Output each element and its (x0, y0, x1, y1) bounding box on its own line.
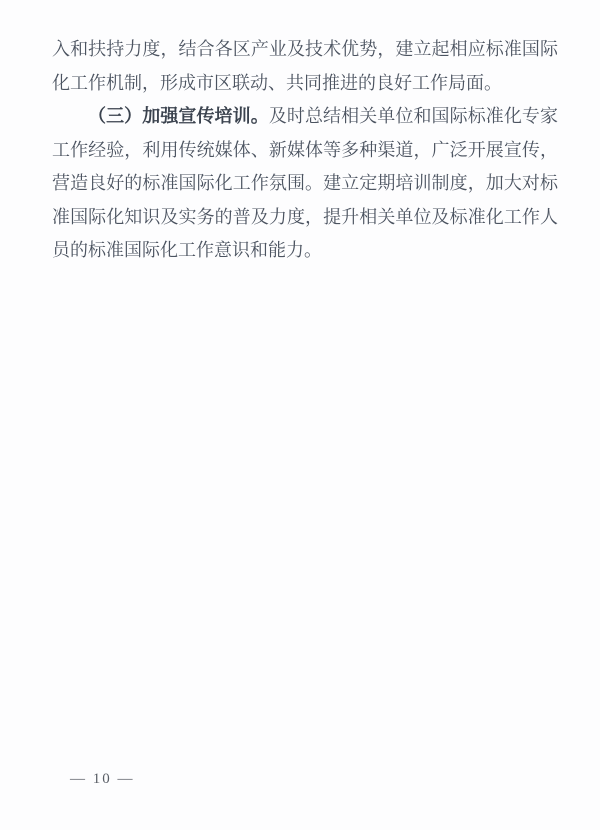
document-page: 入和扶持力度，结合各区产业及技术优势，建立起相应标准国际化工作机制，形成市区联动… (0, 0, 600, 830)
section-body-text: 及时总结相关单位和国际标准化专家工作经验，利用传统媒体、新媒体等多种渠道，广泛开… (52, 106, 558, 260)
document-body: 入和扶持力度，结合各区产业及技术优势，建立起相应标准国际化工作机制，形成市区联动… (52, 33, 558, 268)
paragraph-section-three: （三）加强宣传培训。及时总结相关单位和国际标准化专家工作经验，利用传统媒体、新媒… (52, 100, 558, 268)
paragraph-continuation: 入和扶持力度，结合各区产业及技术优势，建立起相应标准国际化工作机制，形成市区联动… (52, 33, 558, 100)
section-heading: （三）加强宣传培训。 (88, 106, 269, 126)
page-number: — 10 — (70, 771, 135, 788)
